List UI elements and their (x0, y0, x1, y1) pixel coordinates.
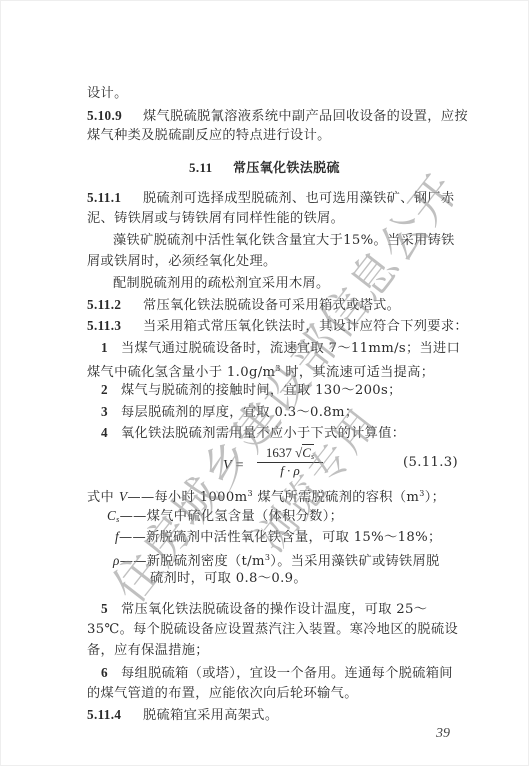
clause-5-11-2: 5.11.2常压氧化铁法脱硫设备可采用箱式或塔式。 (87, 296, 400, 314)
clause-5-11-1: 5.11.1脱硫剂可选择成型脱硫剂、也可选用藻铁矿、钢厂赤 (87, 189, 454, 207)
text: 硫剂时，可取 0.8～0.9。 (150, 571, 307, 586)
formula-fraction: 1637 √Cs f · ρ (257, 445, 323, 479)
item-text: 每组脱硫箱（或塔），宜设一个备用。连通每个脱硫箱间 (121, 666, 453, 681)
sqrt-content: Cs (302, 444, 314, 460)
page-number: 39 (436, 726, 450, 742)
list-item-4: 4氧化铁法脱硫剂需用量不应小于下式的计算值： (101, 424, 405, 442)
text: 备，应有保温措施； (87, 643, 209, 658)
clause-number: 5.11.4 (87, 706, 143, 723)
section-title: 常压氧化铁法脱硫 (233, 161, 340, 176)
section-number: 5.11 (189, 159, 233, 176)
text: 每小时 1000m (154, 490, 247, 505)
label-text: (5.11.3) (403, 455, 458, 470)
clause-5-11-3: 5.11.3当采用箱式常压氧化铁法时，其设计应符合下列要求： (87, 317, 468, 335)
where-item-rho: ρ——新脱硫剂密度（t/m3）。当采用藻铁矿或铸铁屑脱 (113, 549, 440, 570)
sqrt-symbol: C (302, 445, 311, 460)
text: 设计。 (87, 86, 128, 101)
clause-text: 煤气脱硫脱氰溶液系统中副产品回收设备的设置，应按 (143, 109, 468, 124)
item-text: 当煤气通过脱硫设备时，流速宜取 7～11mm/s；当进口 (121, 341, 460, 356)
document-page: 设计。 5.10.9煤气脱硫脱氰溶液系统中副产品回收设备的设置，应按 煤气种类及… (0, 0, 529, 766)
clause-text: 脱硫箱宜采用高架式。 (143, 708, 278, 723)
text-line: 屑或铁屑时，必须经氧化处理。 (87, 253, 277, 270)
text: ）； (425, 490, 445, 505)
text: 的煤气管道的布置，应能依次向后轮环输气。 (87, 686, 358, 701)
clause-text: 当采用箱式常压氧化铁法时，其设计应符合下列要求： (143, 319, 468, 334)
dash: —— (119, 530, 146, 545)
text: 煤气种类及脱硫副反应的特点进行设计。 (87, 128, 331, 143)
text-line: 煤气种类及脱硫副反应的特点进行设计。 (87, 127, 331, 144)
text: 煤气中硫化氢含量（体积分数）； (147, 509, 343, 524)
text: 35℃。每个脱硫设备应设置蒸汽注入装置。寒冷地区的脱硫设 (87, 622, 458, 637)
text: 新脱硫剂密度（t/m (147, 554, 265, 569)
formula-numerator: 1637 √Cs (257, 445, 323, 463)
text-line: 备，应有保温措施； (87, 642, 209, 659)
text: ）。当采用藻铁矿或铸铁屑脱 (270, 554, 439, 569)
where-item-v: 式中V——每小时 1000m3 煤气所需脱硫剂的容积（m3）； (87, 485, 445, 506)
text-line: 泥、铸铁屑或与铸铁屑有同样性能的铁屑。 (87, 210, 344, 227)
item-text: 常压氧化铁法脱硫设备的操作设计温度，可取 25～ (121, 602, 427, 617)
text: 时，其流速可适当提高； (281, 365, 434, 380)
item-text: 氧化铁法脱硫剂需用量不应小于下式的计算值： (121, 426, 405, 441)
text: 屑或铁屑时，必须经氧化处理。 (87, 254, 277, 269)
item-text: 每层脱硫剂的厚度，宜取 0.3～0.8m； (121, 405, 358, 420)
text-line: 的煤气管道的布置，应能依次向后轮环输气。 (87, 685, 358, 702)
list-item-1: 1当煤气通过脱硫设备时，流速宜取 7～11mm/s；当进口 (101, 339, 460, 357)
formula-label: (5.11.3) (403, 454, 458, 471)
clause-number: 5.11.2 (87, 296, 143, 313)
where-item-f: f——新脱硫剂中活性氧化铁含量，可取 15%～18%； (115, 528, 442, 546)
item-text: 煤气与脱硫剂的接触时间，宜取 130～200s； (121, 383, 402, 398)
item-number: 6 (101, 664, 121, 681)
where-item-cs: Cs——煤气中硫化氢含量（体积分数）； (107, 507, 343, 528)
text: 新脱硫剂中活性氧化铁含量，可取 15%～18%； (146, 530, 441, 545)
item-number: 3 (101, 403, 121, 420)
subscript: s (311, 452, 314, 461)
text: 煤气中硫化氢含量小于 1.0g/m (87, 365, 275, 380)
text-line: 配制脱硫剂用的疏松剂宜采用木屑。 (113, 275, 330, 292)
list-item-3: 3每层脱硫剂的厚度，宜取 0.3～0.8m； (101, 403, 358, 421)
list-item-6: 6每组脱硫箱（或塔），宜设一个备用。连通每个脱硫箱间 (101, 664, 453, 682)
list-item-2: 2煤气与脱硫剂的接触时间，宜取 130～200s； (101, 381, 402, 399)
item-number: 1 (101, 339, 121, 356)
clause-5-11-4: 5.11.4脱硫箱宜采用高架式。 (87, 706, 278, 724)
numerator-value: 1637 (266, 445, 292, 460)
clause-number: 5.10.9 (87, 107, 143, 124)
symbol: C (107, 508, 116, 523)
list-item-5: 5常压氧化铁法脱硫设备的操作设计温度，可取 25～ (101, 600, 427, 618)
item-number: 2 (101, 381, 121, 398)
dash: —— (120, 509, 147, 524)
clause-number: 5.11.3 (87, 317, 143, 334)
dash: —— (120, 554, 147, 569)
dash: —— (127, 490, 154, 505)
text: 煤气所需脱硫剂的容积（m (253, 490, 419, 505)
formula-denominator: f · ρ (257, 463, 323, 479)
section-heading: 5.11常压氧化铁法脱硫 (189, 159, 340, 177)
clause-number: 5.11.1 (87, 189, 143, 206)
text-line: 藻铁矿脱硫剂中活性氧化铁含量宜大于15%。当采用铸铁 (113, 232, 455, 249)
text-line: 煤气中硫化氢含量小于 1.0g/m3 时，其流速可适当提高； (87, 360, 434, 381)
clause-text: 脱硫剂可选择成型脱硫剂、也可选用藻铁矿、钢厂赤 (143, 191, 454, 206)
text: 配制脱硫剂用的疏松剂宜采用木屑。 (113, 276, 330, 291)
item-number: 5 (101, 600, 121, 617)
text-line: 设计。 (87, 85, 128, 102)
item-number: 4 (101, 424, 121, 441)
clause-5-10-9: 5.10.9煤气脱硫脱氰溶液系统中副产品回收设备的设置，应按 (87, 107, 468, 125)
text: 泥、铸铁屑或与铸铁屑有同样性能的铁屑。 (87, 211, 344, 226)
formula-lhs: V = (223, 458, 244, 474)
text: 藻铁矿脱硫剂中活性氧化铁含量宜大于15%。当采用铸铁 (113, 233, 455, 248)
where-item-rho-cont: 硫剂时，可取 0.8～0.9。 (150, 570, 307, 587)
where-lead: 式中 (87, 489, 119, 506)
symbol: ρ (113, 553, 120, 568)
clause-text: 常压氧化铁法脱硫设备可采用箱式或塔式。 (143, 298, 400, 313)
text-line: 35℃。每个脱硫设备应设置蒸汽注入装置。寒冷地区的脱硫设 (87, 621, 458, 638)
